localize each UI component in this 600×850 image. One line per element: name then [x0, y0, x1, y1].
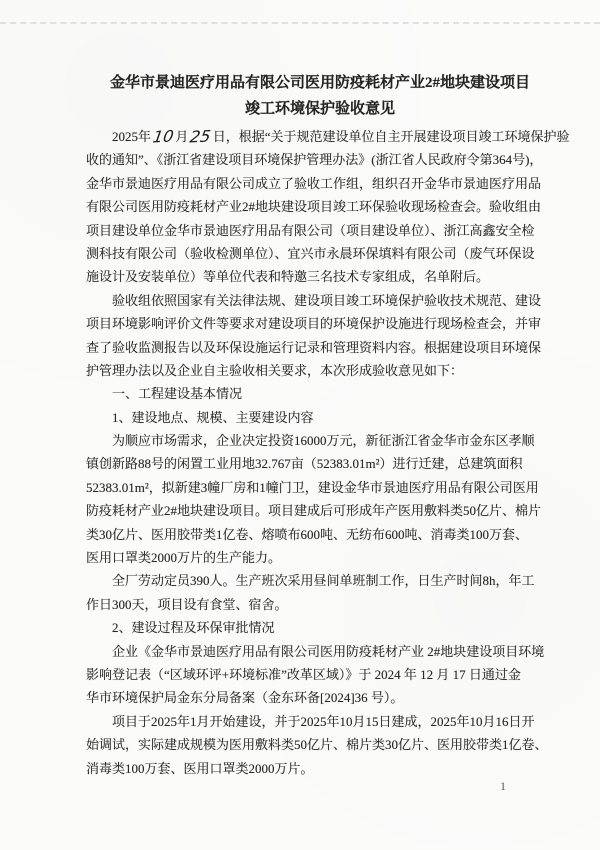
- text-line: 金华市景迪医疗用品有限公司成立了验收工作组，组织召开金华市景迪医疗用品: [86, 172, 556, 195]
- scan-artifact-line: [0, 22, 600, 24]
- document-page: 金华市景迪医疗用品有限公司医用防疫耗材产业2#地块建设项目 竣工环境保护验收意见…: [0, 0, 600, 850]
- text-line: 防疫耗材产业2#地块建设项目。项目建成后可形成年产医用敷料类50亿片、棉片: [86, 499, 556, 522]
- handwritten-date-digits: 10: [152, 128, 175, 145]
- text-line: 类30亿片、医用胶带类1亿卷、熔喷布600吨、无纺布600吨、消毒类100万套、: [86, 523, 556, 546]
- document-body: 2025年10月25日，根据“关于规范建设单位自主开展建设项目竣工环境保护验收的…: [86, 125, 556, 780]
- text-line: 始调试，实际建成规模为医用敷料类50亿片、棉片类30亿片、医用胶带类1亿卷、: [86, 733, 556, 756]
- text-line: 一、工程建设基本情况: [86, 382, 556, 405]
- text-line: 收的通知”、《浙江省建设项目环境保护管理办法》(浙江省人民政府令第364号)，: [86, 148, 556, 171]
- text-line: 为顺应市场需求，企业决定投资16000万元，新征浙江省金华市金东区孝顺: [86, 429, 556, 452]
- text-line: 施设计及安装单位）等单位代表和特邀三名技术专家组成，名单附后。: [86, 265, 556, 288]
- text-line: 华市环境保护局金东分局备案（金东环备[2024]36 号）。: [86, 686, 556, 709]
- text-segment: 2025年: [112, 129, 151, 144]
- text-line: 护管理办法以及企业自主验收相关要求，本次形成验收意见如下：: [86, 359, 556, 382]
- text-line: 2025年10月25日，根据“关于规范建设单位自主开展建设项目竣工环境保护验: [86, 125, 556, 148]
- text-line: 全厂劳动定员390人。生产班次采用昼间单班制工作，日生产时间8h，年工: [86, 569, 556, 592]
- document-title: 金华市景迪医疗用品有限公司医用防疫耗材产业2#地块建设项目 竣工环境保护验收意见: [86, 70, 554, 122]
- text-segment: 日，根据“关于规范建设单位自主开展建设项目竣工环境保护验: [213, 129, 570, 144]
- handwritten-date-digits: 25: [189, 128, 212, 145]
- title-line-1: 金华市景迪医疗用品有限公司医用防疫耗材产业2#地块建设项目: [86, 70, 554, 96]
- text-line: 测科技有限公司（验收检测单位）、宜兴市永晨环保填料有限公司（废气环保设: [86, 242, 556, 265]
- page-number: 1: [500, 779, 506, 794]
- text-line: 企业《金华市景迪医疗用品有限公司医用防疫耗材产业 2#地块建设项目环境: [86, 640, 556, 663]
- text-line: 作日300天，项目设有食堂、宿舍。: [86, 593, 556, 616]
- text-line: 2、建设过程及环保审批情况: [86, 616, 556, 639]
- text-line: 项目建设单位金华市景迪医疗用品有限公司（项目建设单位）、浙江高鑫安全检: [86, 219, 556, 242]
- title-line-2: 竣工环境保护验收意见: [86, 96, 554, 122]
- text-line: 1、建设地点、规模、主要建设内容: [86, 406, 556, 429]
- text-line: 镇创新路88号的闲置工业用地32.767亩（52383.01m²）进行迁建，总建…: [86, 452, 556, 475]
- text-line: 查了验收监测报告以及环保设施运行记录和管理资料内容。根据建设项目环境保: [86, 336, 556, 359]
- text-line: 有限公司医用防疫耗材产业2#地块建设项目竣工环保验收现场检查会。验收组由: [86, 195, 556, 218]
- text-line: 医用口罩类2000万片的生产能力。: [86, 546, 556, 569]
- text-line: 验收组依照国家有关法律法规、建设项目竣工环境保护验收技术规范、建设: [86, 289, 556, 312]
- text-line: 项目于2025年1月开始建设，并于2025年10月15日建成，2025年10月1…: [86, 710, 556, 733]
- text-line: 消毒类100万套、医用口罩类2000万片。: [86, 757, 556, 780]
- text-segment: 月: [175, 129, 188, 144]
- text-line: 项目环境影响评价文件等要求对建设项目的环境保护设施进行现场检查会，并审: [86, 312, 556, 335]
- text-line: 52383.01m²，拟新建3幢厂房和1幢门卫，建设金华市景迪医疗用品有限公司医…: [86, 476, 556, 499]
- text-line: 影响登记表（“区域环评+环境标准”改革区域）》于 2024 年 12 月 17 …: [86, 663, 556, 686]
